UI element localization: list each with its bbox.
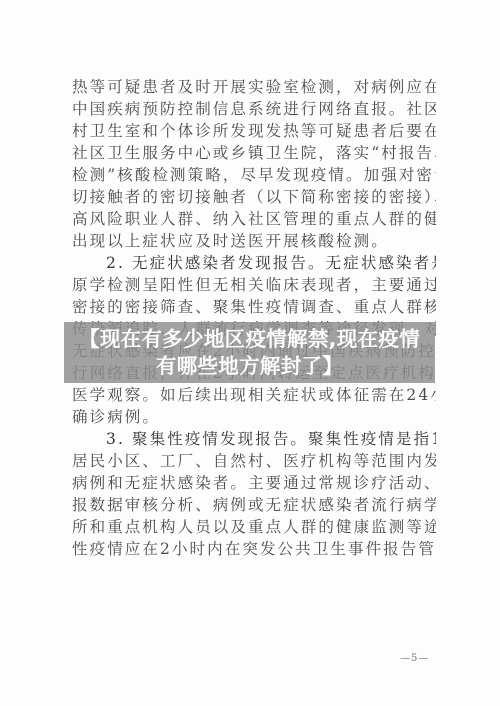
text-line: 确诊病例。 [72,406,436,428]
title-banner-overlay: 【现在有多少地区疫情解禁,现在疫情 有哪些地方解封了】 [64,322,435,383]
page-number: —5— [400,653,429,664]
document-body: 热等可疑患者及时开展实验室检测，对病例应在2小时内通过 中国疾病预防控制信息系统… [72,76,436,560]
section-heading-2: 2. 无症状感染者发现报告。无症状感染者是指新冠病毒病 [72,252,436,274]
banner-title-line-2: 有哪些地方解封了】 [156,353,343,380]
document-page: 热等可疑患者及时开展实验室检测，对病例应在2小时内通过 中国疾病预防控制信息系统… [0,0,500,706]
text-line: 中国疾病预防控制信息系统进行网络直报。社区卫生服务站、 [72,98,436,120]
text-line: 检测”核酸检测策略，尽早发现疫情。加强对密切接触者和密 [72,164,436,186]
text-line: 切接触者的密切接触者（以下简称密接的密接）、入境人员、 [72,186,436,208]
text-line: 所和重点机构人员以及重点人群的健康监测等途径发现。聚集 [72,516,436,538]
text-line: 病例和无症状感染者。主要通过常规诊疗活动、传染病网络直 [72,472,436,494]
section-heading-3: 3. 聚集性疫情发现报告。聚集性疫情是指14天内在学校、 [72,428,436,450]
banner-title-line-1: 【现在有多少地区疫情解禁,现在疫情 [79,326,420,353]
text-line: 报数据审核分析、病例或无症状感染者流行病学调查、重点场 [72,494,436,516]
text-line: 密接的密接筛查、聚集性疫情调查、重点人群核酸检测、 [72,296,436,318]
text-line: 热等可疑患者及时开展实验室检测，对病例应在2小时内通过 [72,76,436,98]
text-line: 医学观察。如后续出现相关症状或体征需在24小时内订正为 [72,384,436,406]
text-line: 居民小区、工厂、自然村、医疗机构等范围内发现5例及以上 [72,450,436,472]
text-line: 社区卫生服务中心或乡镇卫生院，落实“村报告、乡采样、县 [72,142,436,164]
text-line: 出现以上症状应及时送医开展核酸检测。 [72,230,436,252]
text-line: 性疫情应在2小时内在突发公共卫生事件报告管理信息系统网 [72,538,436,560]
text-line: 村卫生室和个体诊所发现发热等可疑患者后要在2小时内报告 [72,120,436,142]
text-line: 高风险职业人群、纳入社区管理的重点人群的健康监测，一旦 [72,208,436,230]
text-line: 原学检测呈阳性但无相关临床表现者，主要通过密切接触者和 [72,274,436,296]
